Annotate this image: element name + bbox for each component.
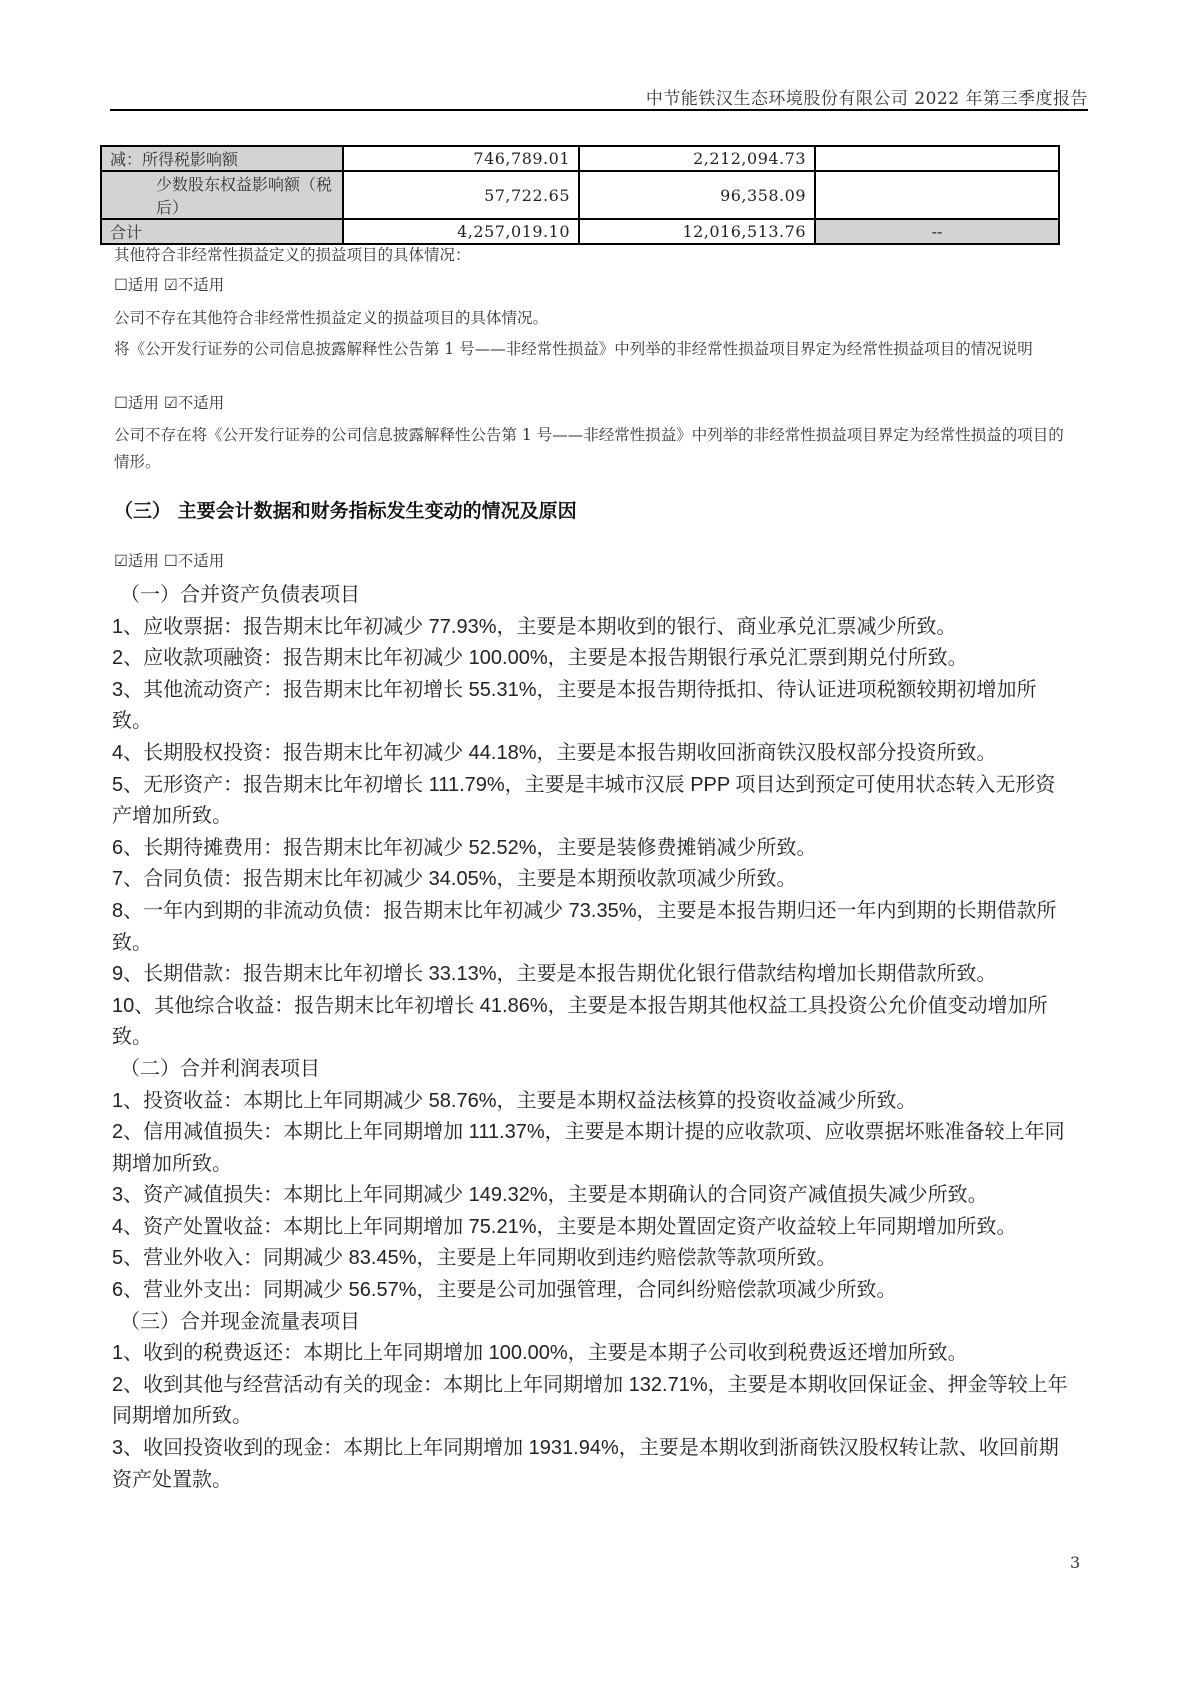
list-item: 2、收到其他与经营活动有关的现金：本期比上年同期增加 132.71%，主要是本期… <box>112 1370 1072 1433</box>
list-item: 2、应收款项融资：报告期末比年初减少 100.00%，主要是本报告期银行承兑汇票… <box>112 643 1072 675</box>
changes-applicability: ☑适用 ☐不适用 <box>114 548 1064 575</box>
reclass-statement: 公司不存在将《公开发行证券的公司信息披露解释性公告第 1 号——非经常性损益》中… <box>114 422 1064 476</box>
applicable-label: 适用 <box>128 394 159 412</box>
other-items-applicability: ☐适用 ☑不适用 <box>114 272 1064 299</box>
changes-list: （一）合并资产负债表项目 1、应收票据：报告期末比年初减少 77.93%，主要是… <box>112 580 1072 1496</box>
applicable-label: 适用 <box>128 552 159 570</box>
checkbox-unchecked-icon: ☐ <box>114 276 128 294</box>
group-title: （二）合并利润表项目 <box>112 1054 1072 1086</box>
list-item: 4、长期股权投资：报告期末比年初减少 44.18%，主要是本报告期收回浙商铁汉股… <box>112 738 1072 770</box>
page-header-title: 中节能铁汉生态环境股份有限公司 2022 年第三季度报告 <box>110 84 1088 109</box>
section-heading: （三） 主要会计数据和财务指标发生变动的情况及原因 <box>114 496 577 523</box>
list-item: 9、长期借款：报告期末比年初增长 33.13%，主要是本报告期优化银行借款结构增… <box>112 959 1072 991</box>
row-label: 减：所得税影响额 <box>101 146 343 171</box>
table-row: 少数股东权益影响额（税后） 57,722.65 96,358.09 <box>101 171 1059 219</box>
list-item: 1、投资收益：本期比上年同期减少 58.76%，主要是本期权益法核算的投资收益减… <box>112 1086 1072 1118</box>
row-value-current: 746,789.01 <box>343 146 579 171</box>
checkbox-checked-icon: ☑ <box>114 552 128 570</box>
table-row: 减：所得税影响额 746,789.01 2,212,094.73 <box>101 146 1059 171</box>
page-number: 3 <box>1070 1553 1080 1572</box>
not-applicable-label: 不适用 <box>178 276 225 294</box>
checkbox-unchecked-icon: ☐ <box>164 552 178 570</box>
list-item: 6、营业外支出：同期减少 56.57%，主要是公司加强管理，合同纠纷赔偿款项减少… <box>112 1275 1072 1307</box>
row-value-current: 4,257,019.10 <box>343 219 579 244</box>
reclass-intro: 将《公开发行证券的公司信息披露解释性公告第 1 号——非经常性损益》中列举的非经… <box>114 336 1064 363</box>
list-item: 5、营业外收入：同期减少 83.45%，主要是上年同期收到违约赔偿款等款项所致。 <box>112 1243 1072 1275</box>
list-item: 8、一年内到期的非流动负债：报告期末比年初减少 73.35%，主要是本报告期归还… <box>112 896 1072 959</box>
other-items-statement: 公司不存在其他符合非经常性损益定义的损益项目的具体情况。 <box>114 305 1064 332</box>
list-item: 10、其他综合收益：报告期末比年初增长 41.86%，主要是本报告期其他权益工具… <box>112 991 1072 1054</box>
group-title: （一）合并资产负债表项目 <box>112 580 1072 612</box>
not-applicable-label: 不适用 <box>178 394 225 412</box>
row-label: 合计 <box>101 219 343 244</box>
list-item: 1、应收票据：报告期末比年初减少 77.93%，主要是本期收到的银行、商业承兑汇… <box>112 612 1072 644</box>
list-item: 1、收到的税费返还：本期比上年同期增加 100.00%，主要是本期子公司收到税费… <box>112 1338 1072 1370</box>
non-recurring-gains-table: 减：所得税影响额 746,789.01 2,212,094.73 少数股东权益影… <box>100 145 1060 245</box>
list-item: 7、合同负债：报告期末比年初减少 34.05%，主要是本期预收款项减少所致。 <box>112 864 1072 896</box>
row-value-ytd: 96,358.09 <box>579 171 815 219</box>
table-row-total: 合计 4,257,019.10 12,016,513.76 -- <box>101 219 1059 244</box>
row-note <box>815 146 1059 171</box>
row-label-text: 少数股东权益影响额（税后） <box>110 172 334 218</box>
header-rule <box>110 109 1088 111</box>
not-applicable-label: 不适用 <box>178 552 225 570</box>
checkbox-unchecked-icon: ☐ <box>114 394 128 412</box>
other-items-intro: 其他符合非经常性损益定义的损益项目的具体情况： <box>114 242 1064 269</box>
row-value-ytd: 2,212,094.73 <box>579 146 815 171</box>
list-item: 3、资产减值损失：本期比上年同期减少 149.32%，主要是本期确认的合同资产减… <box>112 1180 1072 1212</box>
row-note: -- <box>815 219 1059 244</box>
row-note <box>815 171 1059 219</box>
list-item: 3、其他流动资产：报告期末比年初增长 55.31%，主要是本报告期待抵扣、待认证… <box>112 675 1072 738</box>
row-value-ytd: 12,016,513.76 <box>579 219 815 244</box>
checkbox-checked-icon: ☑ <box>164 276 178 294</box>
row-label: 少数股东权益影响额（税后） <box>101 171 343 219</box>
checkbox-checked-icon: ☑ <box>164 394 178 412</box>
group-title: （三）合并现金流量表项目 <box>112 1307 1072 1339</box>
reclass-applicability: ☐适用 ☑不适用 <box>114 390 1064 417</box>
list-item: 2、信用减值损失：本期比上年同期增加 111.37%，主要是本期计提的应收款项、… <box>112 1117 1072 1180</box>
row-value-current: 57,722.65 <box>343 171 579 219</box>
list-item: 6、长期待摊费用：报告期末比年初减少 52.52%，主要是装修费摊销减少所致。 <box>112 833 1072 865</box>
list-item: 5、无形资产：报告期末比年初增长 111.79%，主要是丰城市汉辰 PPP 项目… <box>112 770 1072 833</box>
list-item: 3、收回投资收到的现金：本期比上年同期增加 1931.94%，主要是本期收到浙商… <box>112 1433 1072 1496</box>
applicable-label: 适用 <box>128 276 159 294</box>
list-item: 4、资产处置收益：本期比上年同期增加 75.21%，主要是本期处置固定资产收益较… <box>112 1212 1072 1244</box>
